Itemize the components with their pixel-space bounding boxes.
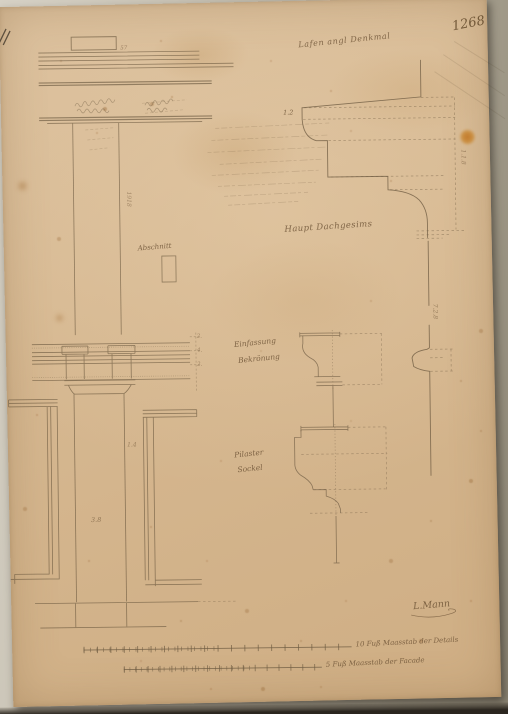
scale-bar-facade <box>124 667 322 669</box>
brick-section-rect <box>162 256 176 282</box>
pilaster-elevation <box>8 332 237 628</box>
paper-creases <box>434 41 505 120</box>
entablature-elevation <box>38 35 237 335</box>
frieze-ornament <box>75 98 173 113</box>
crown-moulding-profile <box>300 329 383 427</box>
scale-bar-details <box>84 647 352 650</box>
foxing-specks <box>0 0 2 2</box>
signature-flourish <box>411 609 456 618</box>
cornice-profile <box>301 59 469 477</box>
scanned-architectural-drawing: 1268 Lafen angl Denkmal Haupt Dachgesims… <box>0 0 508 714</box>
faint-pencil-notes <box>85 98 330 207</box>
corner-pen-mark <box>0 29 10 45</box>
base-moulding-profile <box>294 423 388 563</box>
drawing-linework <box>0 0 508 714</box>
